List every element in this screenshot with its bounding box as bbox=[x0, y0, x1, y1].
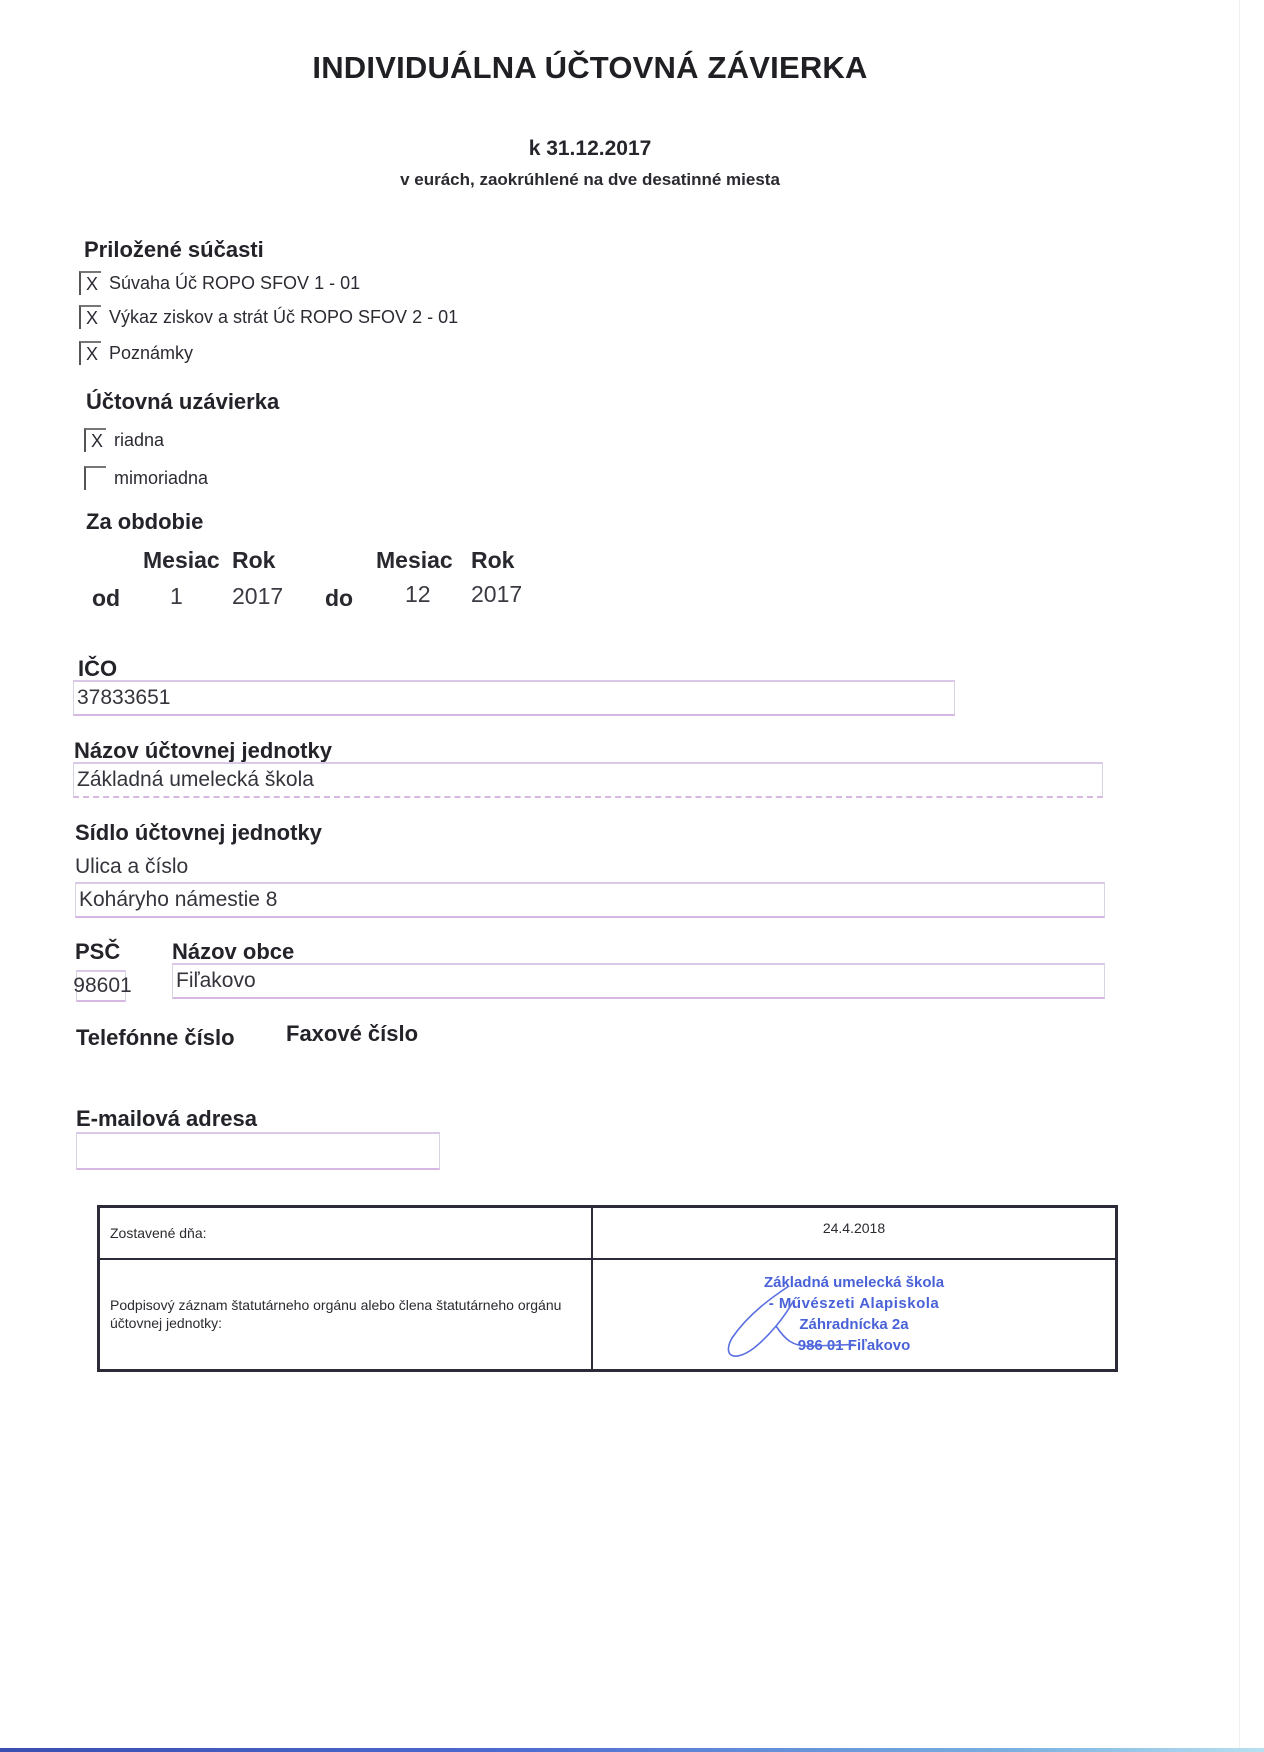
to-year-value: 2017 bbox=[471, 581, 522, 608]
city-field[interactable]: Fiľakovo bbox=[172, 963, 1105, 999]
street-label: Ulica a číslo bbox=[75, 855, 188, 879]
compiled-row: Zostavené dňa: 24.4.2018 bbox=[99, 1207, 1117, 1259]
entity-seat-label: Sídlo účtovnej jednotky bbox=[75, 820, 322, 846]
attachment-label: Súvaha Úč ROPO SFOV 1 - 01 bbox=[109, 273, 360, 294]
signature-table: Zostavené dňa: 24.4.2018 Podpisový zázna… bbox=[97, 1205, 1118, 1372]
checkbox-checked-icon[interactable]: X bbox=[79, 305, 101, 329]
street-field[interactable]: Koháryho námestie 8 bbox=[75, 882, 1105, 918]
attachment-item-poznamky[interactable]: X Poznámky bbox=[79, 341, 193, 365]
fax-label: Faxové číslo bbox=[286, 1021, 418, 1047]
street-value: Koháryho námestie 8 bbox=[79, 888, 277, 912]
signature-cell: Základná umelecká škola - Művészeti Alap… bbox=[592, 1259, 1117, 1371]
stamp-line-4: 986 01 Fiľakovo bbox=[594, 1335, 1114, 1356]
from-month-value: 1 bbox=[170, 583, 183, 610]
attachment-item-suvaha[interactable]: X Súvaha Úč ROPO SFOV 1 - 01 bbox=[79, 271, 360, 295]
entity-name-value: Základná umelecká škola bbox=[77, 768, 314, 792]
psc-label: PSČ bbox=[75, 939, 120, 965]
stamp-line-3: Záhradnícka 2a bbox=[594, 1314, 1114, 1335]
email-label: E-mailová adresa bbox=[76, 1106, 257, 1132]
to-month-header: Mesiac bbox=[376, 547, 453, 574]
entity-name-label: Názov účtovnej jednotky bbox=[74, 738, 332, 764]
closing-option-riadna[interactable]: X riadna bbox=[84, 428, 164, 452]
attachment-label: Poznámky bbox=[109, 343, 193, 364]
closing-option-mimoriadna[interactable]: mimoriadna bbox=[84, 466, 208, 490]
to-label: do bbox=[325, 585, 353, 612]
units-note: v eurách, zaokrúhlené na dve desatinné m… bbox=[0, 170, 1180, 190]
checkbox-checked-icon[interactable]: X bbox=[79, 271, 101, 295]
to-month-value: 12 bbox=[405, 581, 431, 608]
from-year-header: Rok bbox=[232, 547, 275, 574]
as-of-date: k 31.12.2017 bbox=[0, 137, 1180, 161]
signature-label: Podpisový záznam štatutárneho orgánu ale… bbox=[99, 1259, 593, 1371]
phone-label: Telefónne číslo bbox=[76, 1025, 235, 1051]
ico-field[interactable]: 37833651 bbox=[73, 680, 955, 716]
from-year-value: 2017 bbox=[232, 583, 283, 610]
from-month-header: Mesiac bbox=[143, 547, 220, 574]
attachment-label: Výkaz ziskov a strát Úč ROPO SFOV 2 - 01 bbox=[109, 307, 458, 328]
scan-bottom-edge bbox=[0, 1748, 1264, 1752]
checkbox-empty-icon[interactable] bbox=[84, 466, 106, 490]
official-stamp: Základná umelecká škola - Művészeti Alap… bbox=[594, 1272, 1114, 1356]
stamp-line-1: Základná umelecká škola bbox=[594, 1272, 1114, 1293]
to-year-header: Rok bbox=[471, 547, 514, 574]
psc-field[interactable]: 98601 bbox=[76, 970, 126, 1002]
entity-name-field[interactable]: Základná umelecká škola bbox=[73, 762, 1103, 798]
scan-page-edge bbox=[1239, 0, 1240, 1752]
attachment-item-vykaz[interactable]: X Výkaz ziskov a strát Úč ROPO SFOV 2 - … bbox=[79, 305, 458, 329]
signature-row: Podpisový záznam štatutárneho orgánu ale… bbox=[99, 1259, 1117, 1371]
closing-option-label: mimoriadna bbox=[114, 468, 208, 489]
compiled-label: Zostavené dňa: bbox=[99, 1207, 593, 1259]
ico-value: 37833651 bbox=[77, 686, 170, 710]
city-label: Názov obce bbox=[172, 939, 294, 965]
handwritten-signature-icon bbox=[714, 1278, 854, 1368]
document-title: INDIVIDUÁLNA ÚČTOVNÁ ZÁVIERKA bbox=[0, 50, 1180, 86]
from-label: od bbox=[92, 585, 120, 612]
psc-value: 98601 bbox=[73, 974, 131, 998]
compiled-date: 24.4.2018 bbox=[592, 1207, 1117, 1259]
attachments-heading: Priložené súčasti bbox=[84, 237, 264, 263]
email-field[interactable] bbox=[76, 1132, 440, 1170]
stamp-line-2: - Művészeti Alapiskola bbox=[594, 1293, 1114, 1314]
ico-label: IČO bbox=[78, 656, 117, 682]
closing-option-label: riadna bbox=[114, 430, 164, 451]
fax-field[interactable] bbox=[286, 1053, 756, 1083]
closing-type-heading: Účtovná uzávierka bbox=[86, 389, 279, 415]
checkbox-checked-icon[interactable]: X bbox=[84, 428, 106, 452]
checkbox-checked-icon[interactable]: X bbox=[79, 341, 101, 365]
city-value: Fiľakovo bbox=[176, 969, 256, 993]
period-heading: Za obdobie bbox=[86, 509, 203, 535]
